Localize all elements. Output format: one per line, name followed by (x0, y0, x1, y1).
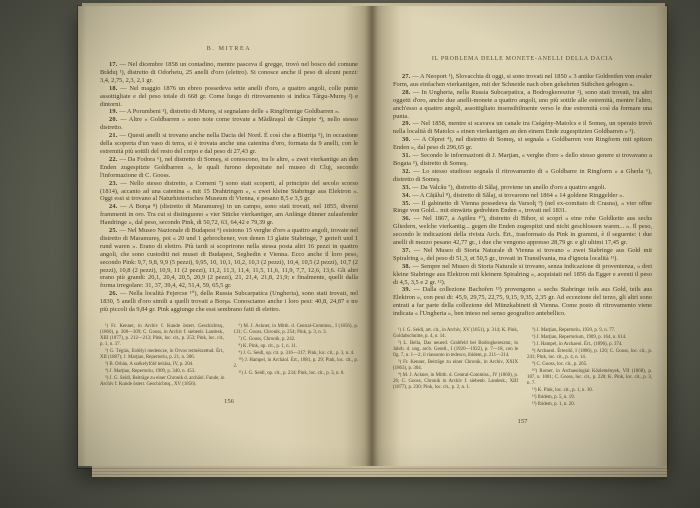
paragraph-number: 29. (402, 120, 411, 127)
paragraph-text: — A Neoport ¹), Slovacchia di oggi, si s… (393, 73, 652, 88)
footnote: ⁴) J. Marţian, Repertoriu, 1909, p. 340,… (100, 369, 225, 375)
footnote: ³) B. Orbán, A székelyföld leírása, IV, … (100, 362, 225, 368)
paragraph-text: — A Porumbeni ³), distretto di Mureş, si… (119, 108, 340, 115)
paragraph: 31. — Secondo le informazioni di J. Marţ… (393, 152, 652, 168)
paragraph-text: — Da Fodora ⁶), nel distretto di Someş, … (100, 156, 358, 179)
paragraph: 36. — Nel 1867, a Aştileu ¹⁰), distretto… (393, 215, 652, 247)
paragraph: 20. — Altre « Goldbarren » sono note com… (100, 116, 358, 132)
footnote: ⁹) J. G. Seidl, op. cit. p. 316—317; Pin… (234, 351, 359, 357)
paragraph-text: — Il gabinetto di Vienna possedeva da Va… (393, 200, 652, 215)
paragraph-number: 25. (109, 227, 118, 234)
footnote: ⁴) M. J. Ackner, in Mitth. d. Central-Co… (393, 373, 518, 391)
footnote: ⁸) Archaeol. Értesítő, I (1886), p. 120;… (527, 349, 652, 361)
footnote: ¹) Fr. Kenner, in Archiv f. Kunde österr… (100, 324, 225, 348)
paragraph: 35. — Il gabinetto di Vienna possedeva d… (393, 200, 652, 216)
page-right: IL PROBLEMA DELLE MONETE-ANELLI DELLA DA… (372, 6, 667, 466)
footnote-column-2: ⁵) J. Marţian, Repertoriu, 1920, p. 9, n… (527, 328, 652, 409)
paragraph: 30. — A Olpret ⁴), nel distretto di Some… (393, 136, 652, 152)
paragraph-list-right: 27. — A Neoport ¹), Slovacchia di oggi, … (393, 73, 652, 318)
paragraph: 38. — Sempre nel Museo di Storia Natural… (393, 263, 652, 287)
paragraph: 24. — A Borşa ⁸) (distretto di Maramureş… (100, 203, 358, 227)
paragraph-text: — Nello stesso distretto, a Corneni ⁷) s… (100, 180, 358, 203)
footnote: ¹¹) J. G. Seidl, op. cit., p. 234; Pink,… (234, 371, 359, 377)
paragraph-number: 34. (402, 192, 411, 199)
paragraph: 18. — Nel maggio 1876 un ebreo possedeva… (100, 85, 358, 109)
paragraph-number: 28. (402, 89, 411, 96)
footnote: ⁵) J. G. Seidl, Beiträge zu einer Chroni… (100, 376, 225, 388)
paragraph-number: 36. (402, 215, 411, 222)
paragraph: 25. — Nel Museo Nazionale di Budapest ⁹)… (100, 227, 358, 290)
footnote-column-1: ¹) J. G. Seidl, art. cit., in Archiv, XV… (393, 328, 518, 409)
page-right-text-block: IL PROBLEMA DELLE MONETE-ANELLI DELLA DA… (393, 56, 652, 425)
paragraph-number: 17. (109, 61, 118, 68)
paragraph: 22. — Da Fodora ⁶), nel distretto di Som… (100, 156, 358, 180)
paragraph-list-left: 17. — Nel dicembre 1858 un contadino, me… (100, 61, 358, 314)
paragraph-text: — A Cățălul ⁸), distretto di Sălaj, si t… (412, 192, 624, 199)
footnote: ¹) J. G. Seidl, art. cit., in Archiv, XV… (393, 328, 518, 340)
paragraph-number: 33. (402, 184, 411, 191)
footnotes-right-page: ¹) J. G. Seidl, art. cit., in Archiv, XV… (393, 328, 652, 409)
footnote: ⁹) C. Gooss, loc. cit., p. 265. (527, 362, 652, 368)
footnote: ¹³) Ibidem, p. 1, n. 20. (527, 402, 652, 408)
paragraph: 27. — A Neoport ¹), Slovacchia di oggi, … (393, 73, 652, 89)
paragraph-text: — Questi anelli si trovano anche nella D… (100, 132, 358, 155)
paragraph: 33. — Da Valcău ⁷), distretto di Sălaj, … (393, 184, 652, 192)
paragraph: 23. — Nello stesso distretto, a Corneni … (100, 180, 358, 204)
paragraph: 37. — Nel Museo di Storia Naturale di Vi… (393, 247, 652, 263)
footnote-column-1: ¹) Fr. Kenner, in Archiv f. Kunde österr… (100, 324, 225, 389)
paragraph-text: — A Olpret ⁴), nel distretto di Someş, s… (393, 136, 652, 151)
paragraph-text: — Nella località Fejercse ¹⁰), della Rus… (100, 290, 358, 313)
footnote: ²) L. Bella, Das neuerd. Grabfeld bei Bo… (393, 341, 518, 359)
running-header-left: B. MITREA (100, 46, 358, 52)
paragraph-text: — Nel dicembre 1858 un contadino, mentre… (100, 61, 358, 84)
paragraph: 21. — Questi anelli si trovano anche nel… (100, 132, 358, 156)
paragraph-number: 19. (109, 108, 118, 115)
paragraph-number: 30. (402, 136, 411, 143)
paragraph-text: — Nel Museo di Storia Naturale di Vienna… (393, 247, 652, 262)
paragraph-number: 21. (109, 132, 118, 139)
paragraph-number: 20. (109, 116, 118, 123)
paragraph-number: 22. (109, 156, 118, 163)
book-spread: B. MITREA 17. — Nel dicembre 1858 un con… (78, 6, 667, 468)
paragraph-number: 38. (402, 263, 411, 270)
paragraph-text: — A Borşa ⁸) (distretto di Maramureş) in… (100, 203, 358, 226)
paragraph-text: — Nel maggio 1876 un ebreo possedeva set… (100, 85, 358, 108)
paragraph-number: 31. (402, 152, 411, 159)
paragraph: 26. — Nella località Fejercse ¹⁰), della… (100, 290, 358, 314)
paragraph: 29. — Nel 1858, mentre si scavava un can… (393, 120, 652, 136)
paragraph: 19. — A Porumbeni ³), distretto di Mureş… (100, 108, 358, 116)
footnote: ⁷) C. Gooss, Chronik, p. 242. (234, 337, 359, 343)
paragraph-number: 27. (402, 73, 411, 80)
footnote: ¹²) Ibidem, p. 5, n. 19. (527, 395, 652, 401)
footnote: ⁷) J. Hampel, in Archaeol. Ért., (1896),… (527, 342, 652, 348)
paragraph-text: — Secondo le informazioni di J. Marţian,… (393, 152, 652, 167)
paragraph-number: 23. (109, 180, 118, 187)
paragraph-text: — Lo stesso studioso segnala il ritrovam… (393, 168, 652, 183)
page-left-text-block: B. MITREA 17. — Nel dicembre 1858 un con… (100, 46, 358, 405)
paragraph-text: — Nel 1867, a Aştileu ¹⁰), distretto di … (393, 215, 652, 246)
paragraph-text: — Nel 1858, mentre si scavava un canale … (393, 120, 652, 135)
paragraph: 34. — A Cățălul ⁸), distretto di Sălaj, … (393, 192, 652, 200)
page-number-right: 157 (393, 418, 652, 425)
paragraph-text: — Nel Museo Nazionale di Budapest ⁹) esi… (100, 227, 358, 289)
paragraph: 39. — Dalla collezione Bachofen ¹³) prov… (393, 286, 652, 318)
paragraph-number: 26. (109, 290, 118, 297)
paragraph-text: — Sempre nel Museo di Storia Naturale si… (393, 263, 652, 286)
paragraph-number: 18. (109, 85, 118, 92)
paragraph-text: — Altre « Goldbarren » sono note come tr… (100, 116, 358, 131)
paragraph: 32. — Lo stesso studioso segnala il ritr… (393, 168, 652, 184)
book-bottom-page-edges (92, 466, 667, 480)
running-header-right: IL PROBLEMA DELLE MONETE-ANELLI DELLA DA… (393, 56, 652, 62)
paragraph-number: 24. (109, 203, 118, 210)
page-number-left: 156 (100, 398, 358, 405)
paragraph-number: 32. (402, 168, 411, 175)
footnote: ²) G. Téglás, Erdélyi medencze, in Orvos… (100, 349, 225, 361)
paragraph: 28. — In Ungheria, nella Russia Subcarpa… (393, 89, 652, 121)
paragraph-text: — Da Valcău ⁷), distretto di Sălaj, prov… (412, 184, 606, 191)
footnote: ⁸) K. Pink, op. cit., p. 1, n. 11. (234, 344, 359, 350)
footnote: ⁶) M. J. Ackner, in Mitth. d. Central-Co… (234, 324, 359, 336)
footnote: ¹⁰) J. Hampel, in Archäol. Ért., 1881, p… (234, 358, 359, 370)
footnotes-left-page: ¹) Fr. Kenner, in Archiv f. Kunde österr… (100, 324, 358, 389)
paragraph-text: — Dalla collezione Bachofen ¹³) provengo… (393, 286, 652, 317)
footnote-column-2: ⁶) M. J. Ackner, in Mitth. d. Central-Co… (234, 324, 359, 389)
paragraph-number: 37. (402, 247, 411, 254)
paragraph-text: — In Ungheria, nella Russia Subcarpatica… (393, 89, 652, 120)
footnote: ¹⁰) Romer, in Archaeologiai Közlemények,… (527, 369, 652, 387)
footnote: ⁵) J. Marţian, Repertoriu, 1920, p. 9, n… (527, 328, 652, 334)
paragraph-number: 39. (402, 286, 411, 293)
footnote: ⁶) J. Marţian, Repertorium, 1909, p. 164… (527, 335, 652, 341)
paragraph: 17. — Nel dicembre 1858 un contadino, me… (100, 61, 358, 85)
page-left: B. MITREA 17. — Nel dicembre 1858 un con… (78, 6, 372, 466)
paragraph-number: 35. (402, 200, 411, 207)
footnote: ³) Fr. Kenner, Beiträge zu einer Chronik… (393, 360, 518, 372)
footnote: ¹¹) K. Pink, loc. cit., p. 1, n. 10. (527, 388, 652, 394)
